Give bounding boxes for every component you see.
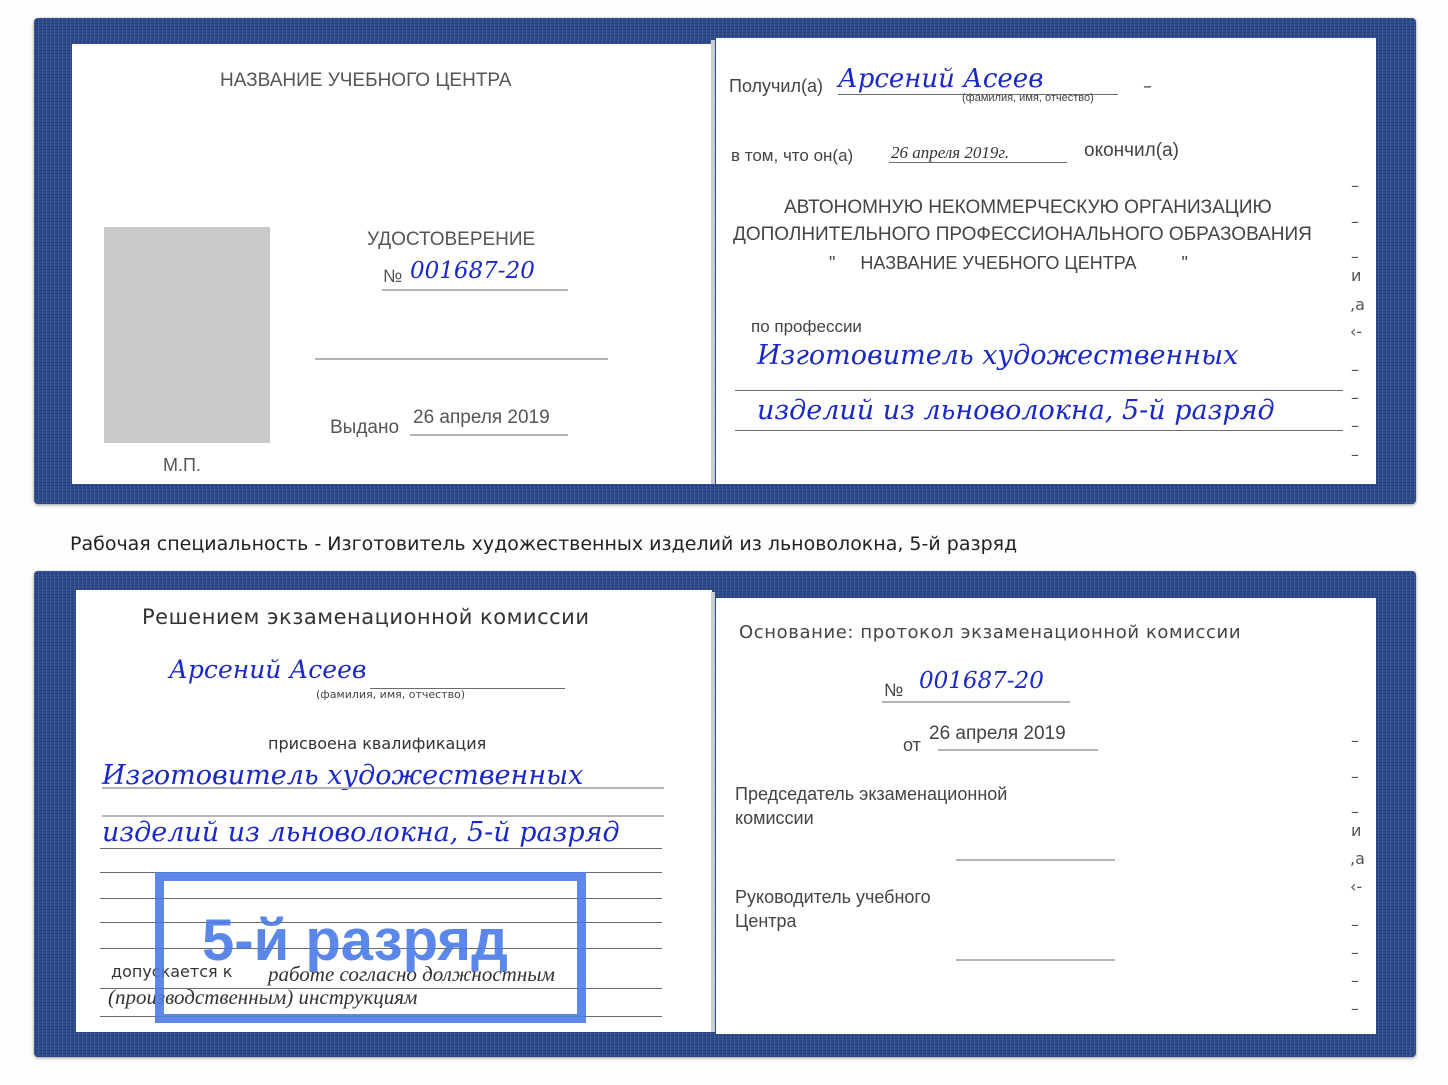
bottom-spine <box>711 592 715 1032</box>
profession-line-1: Изготовитель художественных <box>757 340 1238 371</box>
qualification-underline-1 <box>102 787 664 789</box>
chairman-line-2: комиссии <box>735 808 814 829</box>
chairman-signature-line <box>956 859 1115 861</box>
edge-mark: – <box>1351 943 1359 962</box>
org-line-3: " НАЗВАНИЕ УЧЕБНОГО ЦЕНТРА " <box>829 253 1188 274</box>
profession-underline-2 <box>735 430 1343 431</box>
photo-placeholder <box>104 227 270 443</box>
number-underline <box>382 289 568 291</box>
edge-mark: – <box>1351 247 1359 266</box>
completion-underline <box>889 162 1067 163</box>
from-label: от <box>903 735 921 756</box>
edge-mark: – <box>1351 388 1359 407</box>
edge-mark: ‹- <box>1350 322 1362 341</box>
issued-date: 26 апреля 2019 <box>413 407 550 429</box>
qualification-label: присвоена квалификация <box>268 734 486 753</box>
recipient-name: Арсений Асеев <box>838 64 1043 94</box>
org-line-1: АВТОНОМНУЮ НЕКОММЕРЧЕСКУЮ ОРГАНИЗАЦИЮ <box>784 197 1272 219</box>
head-signature-line <box>956 959 1115 961</box>
org-line-2: ДОПОЛНИТЕЛЬНОГО ПРОФЕССИОНАЛЬНОГО ОБРАЗО… <box>733 224 1312 246</box>
decision-title: Решением экзаменационной комиссии <box>142 605 589 629</box>
edge-mark: – <box>1351 731 1359 750</box>
completion-date: 26 апреля 2019г. <box>891 143 1009 163</box>
issued-underline <box>410 434 568 436</box>
edge-mark: – <box>1351 802 1359 821</box>
protocol-number-label: № <box>884 680 903 701</box>
protocol-number-underline <box>882 701 1070 703</box>
edge-mark: и <box>1351 266 1361 285</box>
caption: Рабочая специальность - Изготовитель худ… <box>70 533 1017 555</box>
edge-mark: ‹- <box>1350 877 1362 896</box>
top-spine <box>711 40 715 484</box>
edge-mark: ,а <box>1350 849 1365 868</box>
chairman-line-1: Председатель экзаменационной <box>735 784 1007 805</box>
ruled-line <box>100 848 662 849</box>
edge-mark: – <box>1351 360 1359 379</box>
edge-mark: и <box>1351 821 1361 840</box>
edge-mark: – <box>1351 999 1359 1018</box>
edge-mark: – <box>1351 176 1359 195</box>
qualification-line-2: изделий из льноволокна, 5-й разряд <box>102 817 620 848</box>
profession-line-2: изделий из льноволокна, 5-й разряд <box>757 395 1275 426</box>
edge-mark: – <box>1351 212 1359 231</box>
edge-mark: – <box>1351 445 1359 464</box>
that-label: в том, что он(а) <box>731 146 853 166</box>
stamp-text: 5-й разряд <box>202 907 508 974</box>
edge-mark: – <box>1351 971 1359 990</box>
doc-title: УДОСТОВЕРЕНИЕ <box>367 229 535 251</box>
protocol-number: 001687-20 <box>919 668 1044 694</box>
dash-mark: – <box>1143 76 1152 97</box>
head-line-1: Руководитель учебного <box>735 887 931 908</box>
received-label: Получил(а) <box>729 76 823 97</box>
edge-mark: – <box>1351 767 1359 786</box>
certificate-number: 001687-20 <box>410 258 535 284</box>
head-line-2: Центра <box>735 911 797 932</box>
profession-underline-1 <box>735 390 1343 391</box>
edge-mark: ,а <box>1350 295 1365 314</box>
name-hint: (фамилия, имя, отчество) <box>316 688 465 701</box>
person-name: Арсений Асеев <box>169 655 366 684</box>
number-label: № <box>383 266 402 287</box>
edge-mark: – <box>1351 416 1359 435</box>
stamp-place-label: М.П. <box>163 455 201 476</box>
org-name: НАЗВАНИЕ УЧЕБНОГО ЦЕНТРА <box>220 70 512 92</box>
basis-title: Основание: протокол экзаменационной коми… <box>739 622 1241 643</box>
completed-label: окончил(а) <box>1084 140 1179 162</box>
edge-mark: – <box>1351 915 1359 934</box>
from-date: 26 апреля 2019 <box>929 723 1066 745</box>
from-date-underline <box>938 749 1098 751</box>
bottom-right-page <box>716 598 1376 1034</box>
profession-label: по профессии <box>751 317 862 337</box>
name-hint: (фамилия, имя, отчество) <box>962 92 1094 104</box>
issued-label: Выдано <box>330 417 399 439</box>
signature-line <box>315 358 608 360</box>
